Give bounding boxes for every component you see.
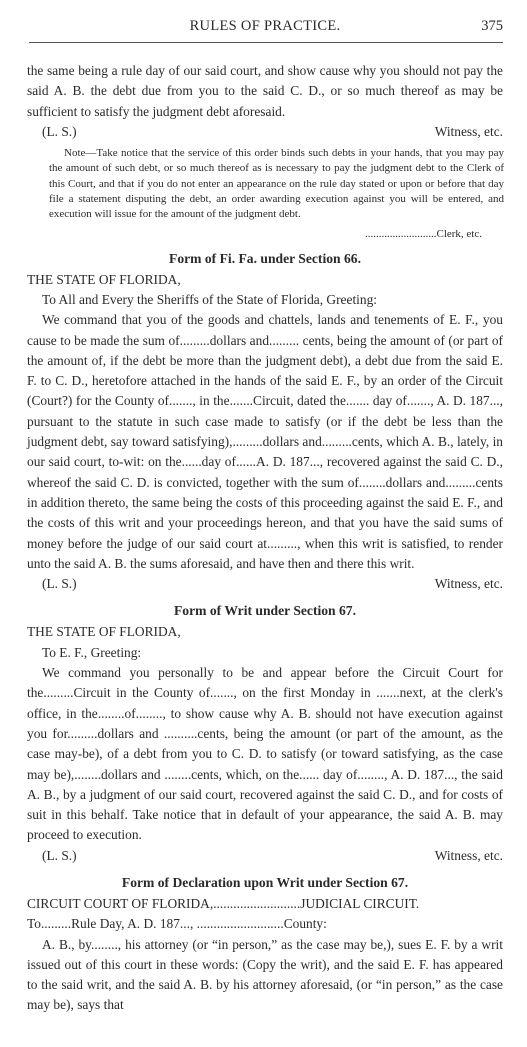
greeting: To All and Every the Sheriffs of the Sta… (27, 290, 503, 310)
court-caption: CIRCUIT COURT OF FLORIDA,...............… (27, 894, 503, 914)
header-rule (29, 42, 503, 43)
witness-text: Witness, etc. (435, 846, 503, 866)
note-paragraph: Note—Take notice that the service of thi… (49, 146, 504, 222)
witness-text: Witness, etc. (435, 122, 503, 142)
seal-mark: (L. S.) (42, 122, 77, 142)
seal-mark: (L. S.) (42, 846, 77, 866)
continuation-paragraph: the same being a rule day of our said co… (27, 61, 503, 122)
witness-text: Witness, etc. (435, 574, 503, 594)
signature-line: (L. S.) Witness, etc. (27, 122, 503, 142)
section-declaration-67: Form of Declaration upon Writ under Sect… (27, 872, 503, 1016)
page-body: the same being a rule day of our said co… (27, 61, 503, 1016)
section-fi-fa: Form of Fi. Fa. under Section 66. THE ST… (27, 248, 503, 595)
section-heading: Form of Fi. Fa. under Section 66. (27, 248, 503, 270)
section-writ-67: Form of Writ under Section 67. THE STATE… (27, 600, 503, 866)
writ-body: We command you personally to be and appe… (27, 663, 503, 846)
writ-body: We command that you of the goods and cha… (27, 310, 503, 574)
signature-line: (L. S.) Witness, etc. (27, 846, 503, 866)
page-number: 375 (481, 18, 503, 35)
declaration-body: A. B., by........, his attorney (or “in … (27, 935, 503, 1016)
state-caption: THE STATE OF FLORIDA, (27, 270, 503, 290)
greeting: To E. F., Greeting: (27, 643, 503, 663)
signature-line: (L. S.) Witness, etc. (27, 574, 503, 594)
running-title: RULES OF PRACTICE. (27, 18, 503, 35)
seal-mark: (L. S.) (42, 574, 77, 594)
clerk-signature: ..........................Clerk, etc. (27, 227, 503, 242)
section-heading: Form of Writ under Section 67. (27, 600, 503, 622)
page-header: RULES OF PRACTICE. 375 (27, 0, 503, 40)
rule-day-line: To.........Rule Day, A. D. 187..., .....… (27, 914, 503, 934)
book-page: RULES OF PRACTICE. 375 the same being a … (27, 0, 503, 40)
section-heading: Form of Declaration upon Writ under Sect… (27, 872, 503, 894)
state-caption: THE STATE OF FLORIDA, (27, 622, 503, 642)
